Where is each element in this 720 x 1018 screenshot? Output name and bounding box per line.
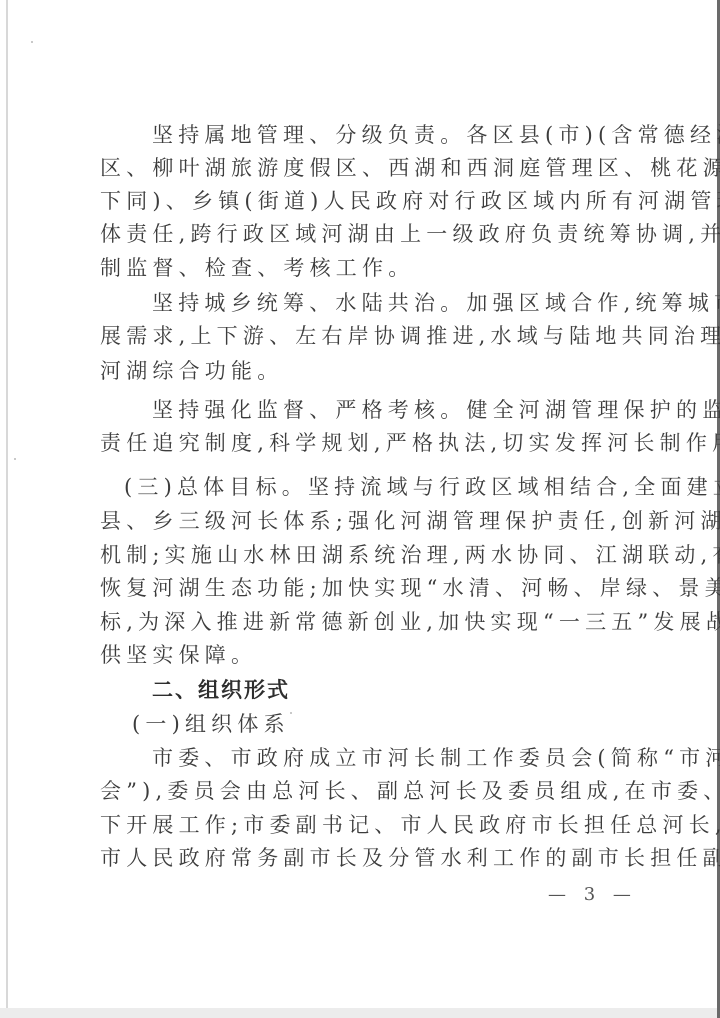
subsection-heading: (一)组织体系	[132, 709, 290, 739]
scan-speck	[14, 458, 16, 460]
paragraph-4-line-6: 供坚实保障。	[100, 640, 257, 670]
paragraph-4-line-3: 机制;实施山水林田湖系统治理,两水协同、江湖联动,有效修复和	[100, 540, 720, 570]
paragraph-1-line-5: 制监督、检查、考核工作。	[100, 253, 414, 283]
paragraph-5-line-1: 市委、市政府成立市河长制工作委员会(简称“市河长制委员	[152, 743, 720, 773]
paragraph-4-line-1: (三)总体目标。坚持流域与行政区域相结合,全面建立市、	[124, 472, 720, 502]
paragraph-5-line-3: 下开展工作;市委副书记、市人民政府市长担任总河长,市委常委、	[100, 810, 720, 840]
page-number: — 3 —	[548, 884, 637, 905]
paragraph-1-line-3: 下同)、乡镇(街道)人民政府对行政区域内所有河湖管理保护负主	[100, 186, 720, 216]
paragraph-4-line-5: 标,为深入推进新常德新创业,加快实现“一三五”发展战略目标提	[100, 607, 720, 637]
paragraph-3-line-2: 责任追究制度,科学规划,严格执法,切实发挥河长制作用。	[100, 428, 720, 458]
scan-left-edge	[6, 0, 8, 1008]
section-heading: 二、组织形式	[152, 675, 290, 705]
paragraph-1-line-4: 体责任,跨行政区域河湖由上一级政府负责统筹协调,并做好河长	[100, 219, 720, 249]
paragraph-5-line-2: 会”),委员会由总河长、副总河长及委员组成,在市委、市政府领导	[100, 776, 720, 806]
scan-bottom-band	[0, 1008, 717, 1018]
paragraph-4-line-2: 县、乡三级河长体系;强化河湖管理保护责任,创新河湖管理保护	[100, 506, 720, 536]
scan-speck	[290, 712, 292, 714]
paragraph-2-line-1: 坚持城乡统筹、水陆共治。加强区域合作,统筹城市与农村发	[152, 288, 720, 318]
paragraph-1-line-1: 坚持属地管理、分级负责。各区县(市)(含常德经济技术开发	[152, 120, 720, 150]
paragraph-3-line-1: 坚持强化监督、严格考核。健全河湖管理保护的监督考核和	[152, 395, 720, 425]
scan-speck	[31, 41, 33, 43]
paragraph-2-line-3: 河湖综合功能。	[100, 356, 283, 386]
paragraph-2-line-2: 展需求,上下游、左右岸协调推进,水域与陆地共同治理,充分发挥	[100, 321, 720, 351]
paragraph-4-line-4: 恢复河湖生态功能;加快实现“水清、河畅、岸绿、景美、宜游”的目	[100, 573, 720, 603]
paragraph-5-line-4: 市人民政府常务副市长及分管水利工作的副市长担任副总河长,	[100, 843, 720, 873]
paragraph-1-line-2: 区、柳叶湖旅游度假区、西湖和西洞庭管理区、桃花源旅游管理区,	[100, 153, 720, 183]
